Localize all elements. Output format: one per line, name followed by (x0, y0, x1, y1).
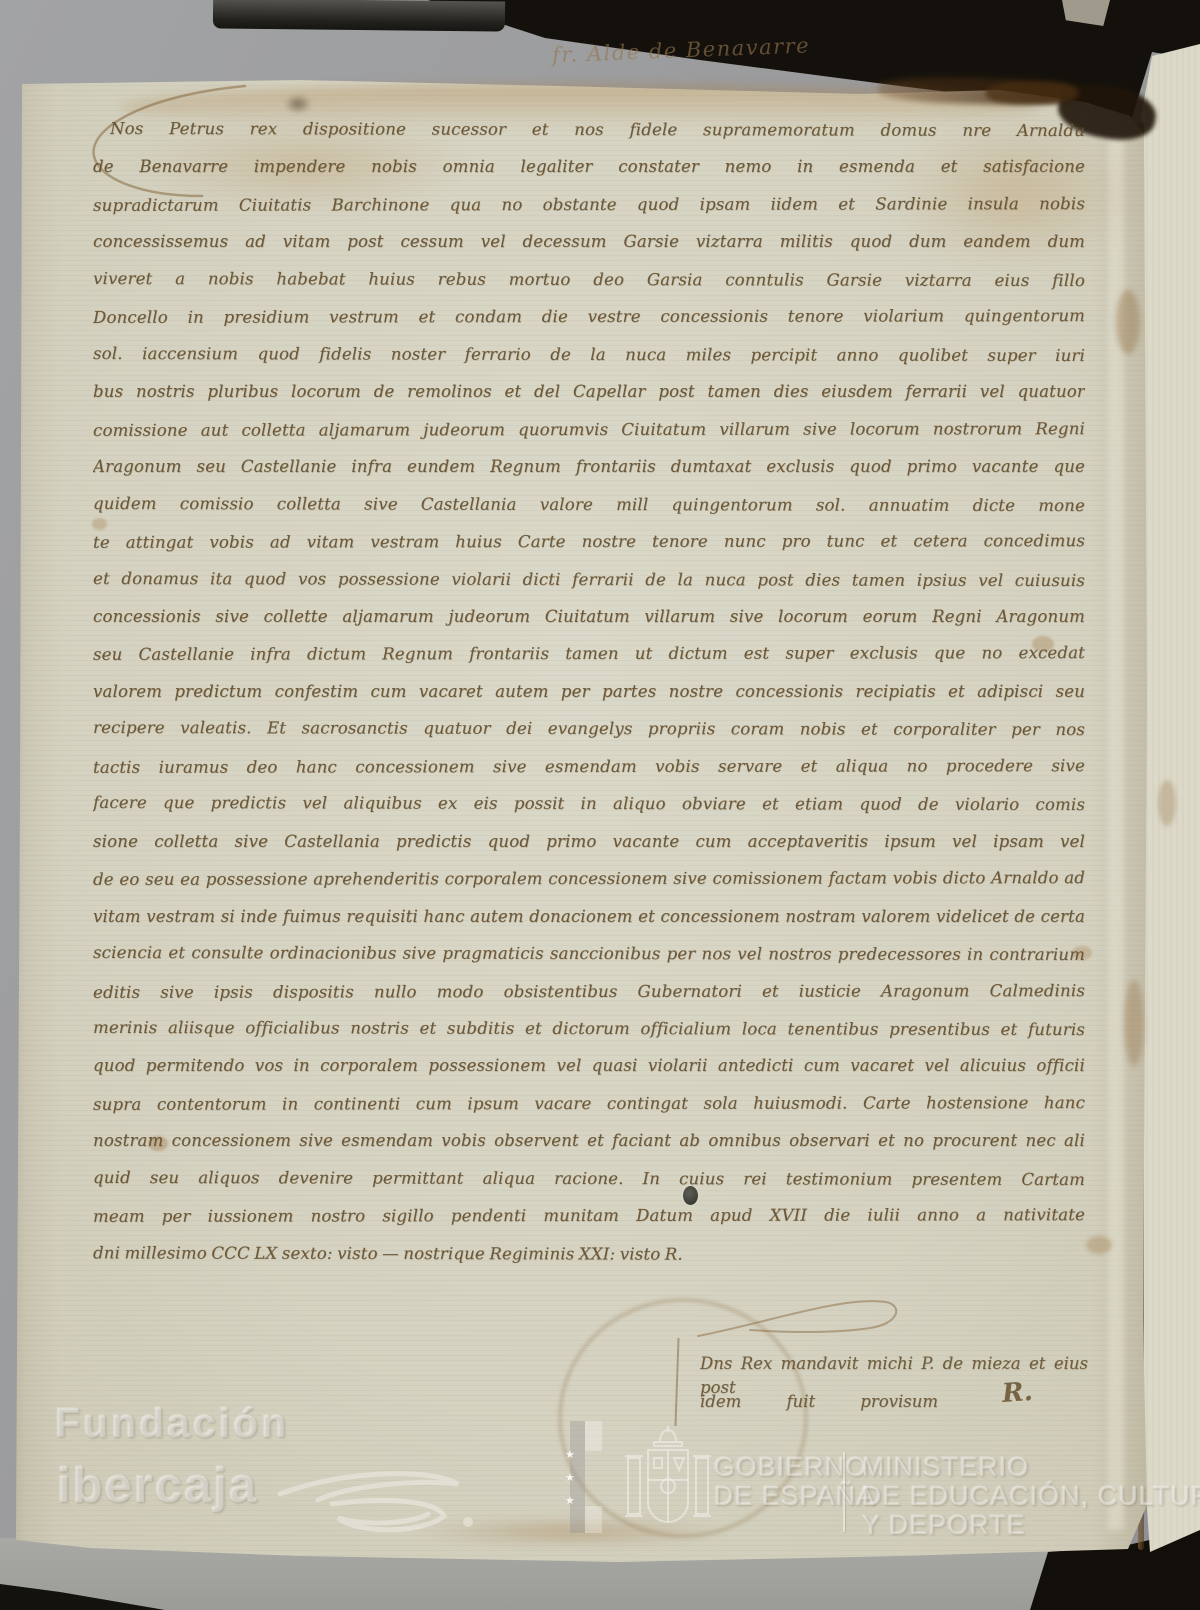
manuscript-line: comissione aut colletta aljamarum judeor… (93, 411, 1085, 450)
gutter-stain-1 (1116, 290, 1140, 354)
flag-star-icon: ★ (565, 1496, 575, 1507)
subscription-line-2: idem fuit provisum (700, 1390, 938, 1414)
manuscript-line: de Benavarre impendere nobis omnia legal… (93, 149, 1085, 186)
manuscript-line: viveret a nobis habebat huius rebus mort… (93, 261, 1085, 300)
fox-spot-right-page (1158, 780, 1176, 826)
manuscript-line-final: dni millesimo CCC LX sexto: visto — nost… (93, 1235, 683, 1273)
manuscript-line: merinis aliisque officialibus nostris et… (93, 1010, 1085, 1049)
notary-paraph: R. (1001, 1377, 1034, 1409)
watermark-ministry-line3: Y DEPORTE (862, 1510, 1026, 1541)
manuscript-line: quid seu aliquos devenire permittant ali… (93, 1160, 1085, 1199)
watermark-foundation-line2: ibercaja (57, 1458, 258, 1514)
government-flag-tab-top (585, 1421, 602, 1451)
manuscript-line: bus nostris pluribus locorum de remolino… (93, 374, 1085, 411)
spain-coat-of-arms-icon (618, 1424, 718, 1536)
manuscript-line: supradictarum Ciuitatis Barchinone qua n… (93, 186, 1085, 225)
ibercaja-logo-icon (272, 1460, 482, 1538)
manuscript-scan: fr. Alde de Benavarre Nos Petrus rex dis… (0, 0, 1200, 1610)
manuscript-line: de eo seu ea possessione aprehenderitis … (93, 860, 1085, 899)
flag-star-icon: ★ (565, 1473, 575, 1484)
manuscript-line: vitam vestram si inde fuimus requisiti h… (93, 899, 1085, 936)
gutter-stain-2 (1124, 980, 1144, 1066)
manuscript-line: sciencia et consulte ordinacionibus sive… (93, 935, 1085, 974)
government-flag-tab-bottom (585, 1506, 602, 1533)
manuscript-line: seu Castellanie infra dictum Regnum fron… (93, 635, 1085, 674)
watermark-government-name-line2: DE ESPAÑA (714, 1481, 876, 1512)
manuscript-line: facere que predictis vel aliquibus ex ei… (93, 785, 1085, 824)
manuscript-line: et donamus ita quod vos possessione viol… (93, 561, 1085, 600)
watermark-ministry-line2: DE EDUCACIÓN, CULTURA (862, 1481, 1200, 1512)
manuscript-line: editis sive ipsis dispositis nullo modo … (93, 973, 1085, 1012)
manuscript-line: Doncello in presidium vestrum et condam … (93, 298, 1085, 337)
manuscript-line: te attingat vobis ad vitam vestram huius… (93, 523, 1085, 562)
manuscript-line: concessissemus ad vitam post cessum vel … (93, 224, 1085, 261)
manuscript-line: sione colletta sive Castellania predicti… (93, 824, 1085, 861)
manuscript-line: meam per iussionem nostro sigillo penden… (93, 1197, 1085, 1236)
manuscript-line: quidem comissio colletta sive Castellani… (93, 486, 1085, 525)
watermark-foundation-line1: Fundación (55, 1400, 289, 1447)
manuscript-line: Nos Petrus rex dispositione sucessor et … (110, 111, 1085, 150)
fox-spot-5 (1086, 1236, 1112, 1254)
manuscript-line: Aragonum seu Castellanie infra eundem Re… (93, 449, 1085, 486)
manuscript-line: valorem predictum confestim cum vacaret … (93, 674, 1085, 711)
book-clasp-object (213, 0, 505, 32)
flag-star-icon: ★ (565, 1450, 575, 1461)
watermark-divider (843, 1452, 845, 1532)
burn-top-small (986, 82, 1078, 104)
watermark-ministry-line1: MINISTERIO (862, 1452, 1030, 1483)
manuscript-line: sol. iaccensium quod fidelis noster ferr… (93, 336, 1085, 375)
manuscript-line: nostram concessionem sive esmendam vobis… (93, 1123, 1085, 1160)
manuscript-line: recipere valeatis. Et sacrosanctis quatu… (93, 710, 1085, 749)
manuscript-line: concessionis sive collette aljamarum jud… (93, 599, 1085, 636)
manuscript-line: supra contentorum in continenti cum ipsu… (93, 1085, 1085, 1124)
manuscript-line: quod permitendo vos in corporalem posses… (93, 1048, 1085, 1085)
manuscript-line: tactis iuramus deo hanc concessionem siv… (93, 748, 1085, 787)
closing-flourish (690, 1290, 910, 1350)
